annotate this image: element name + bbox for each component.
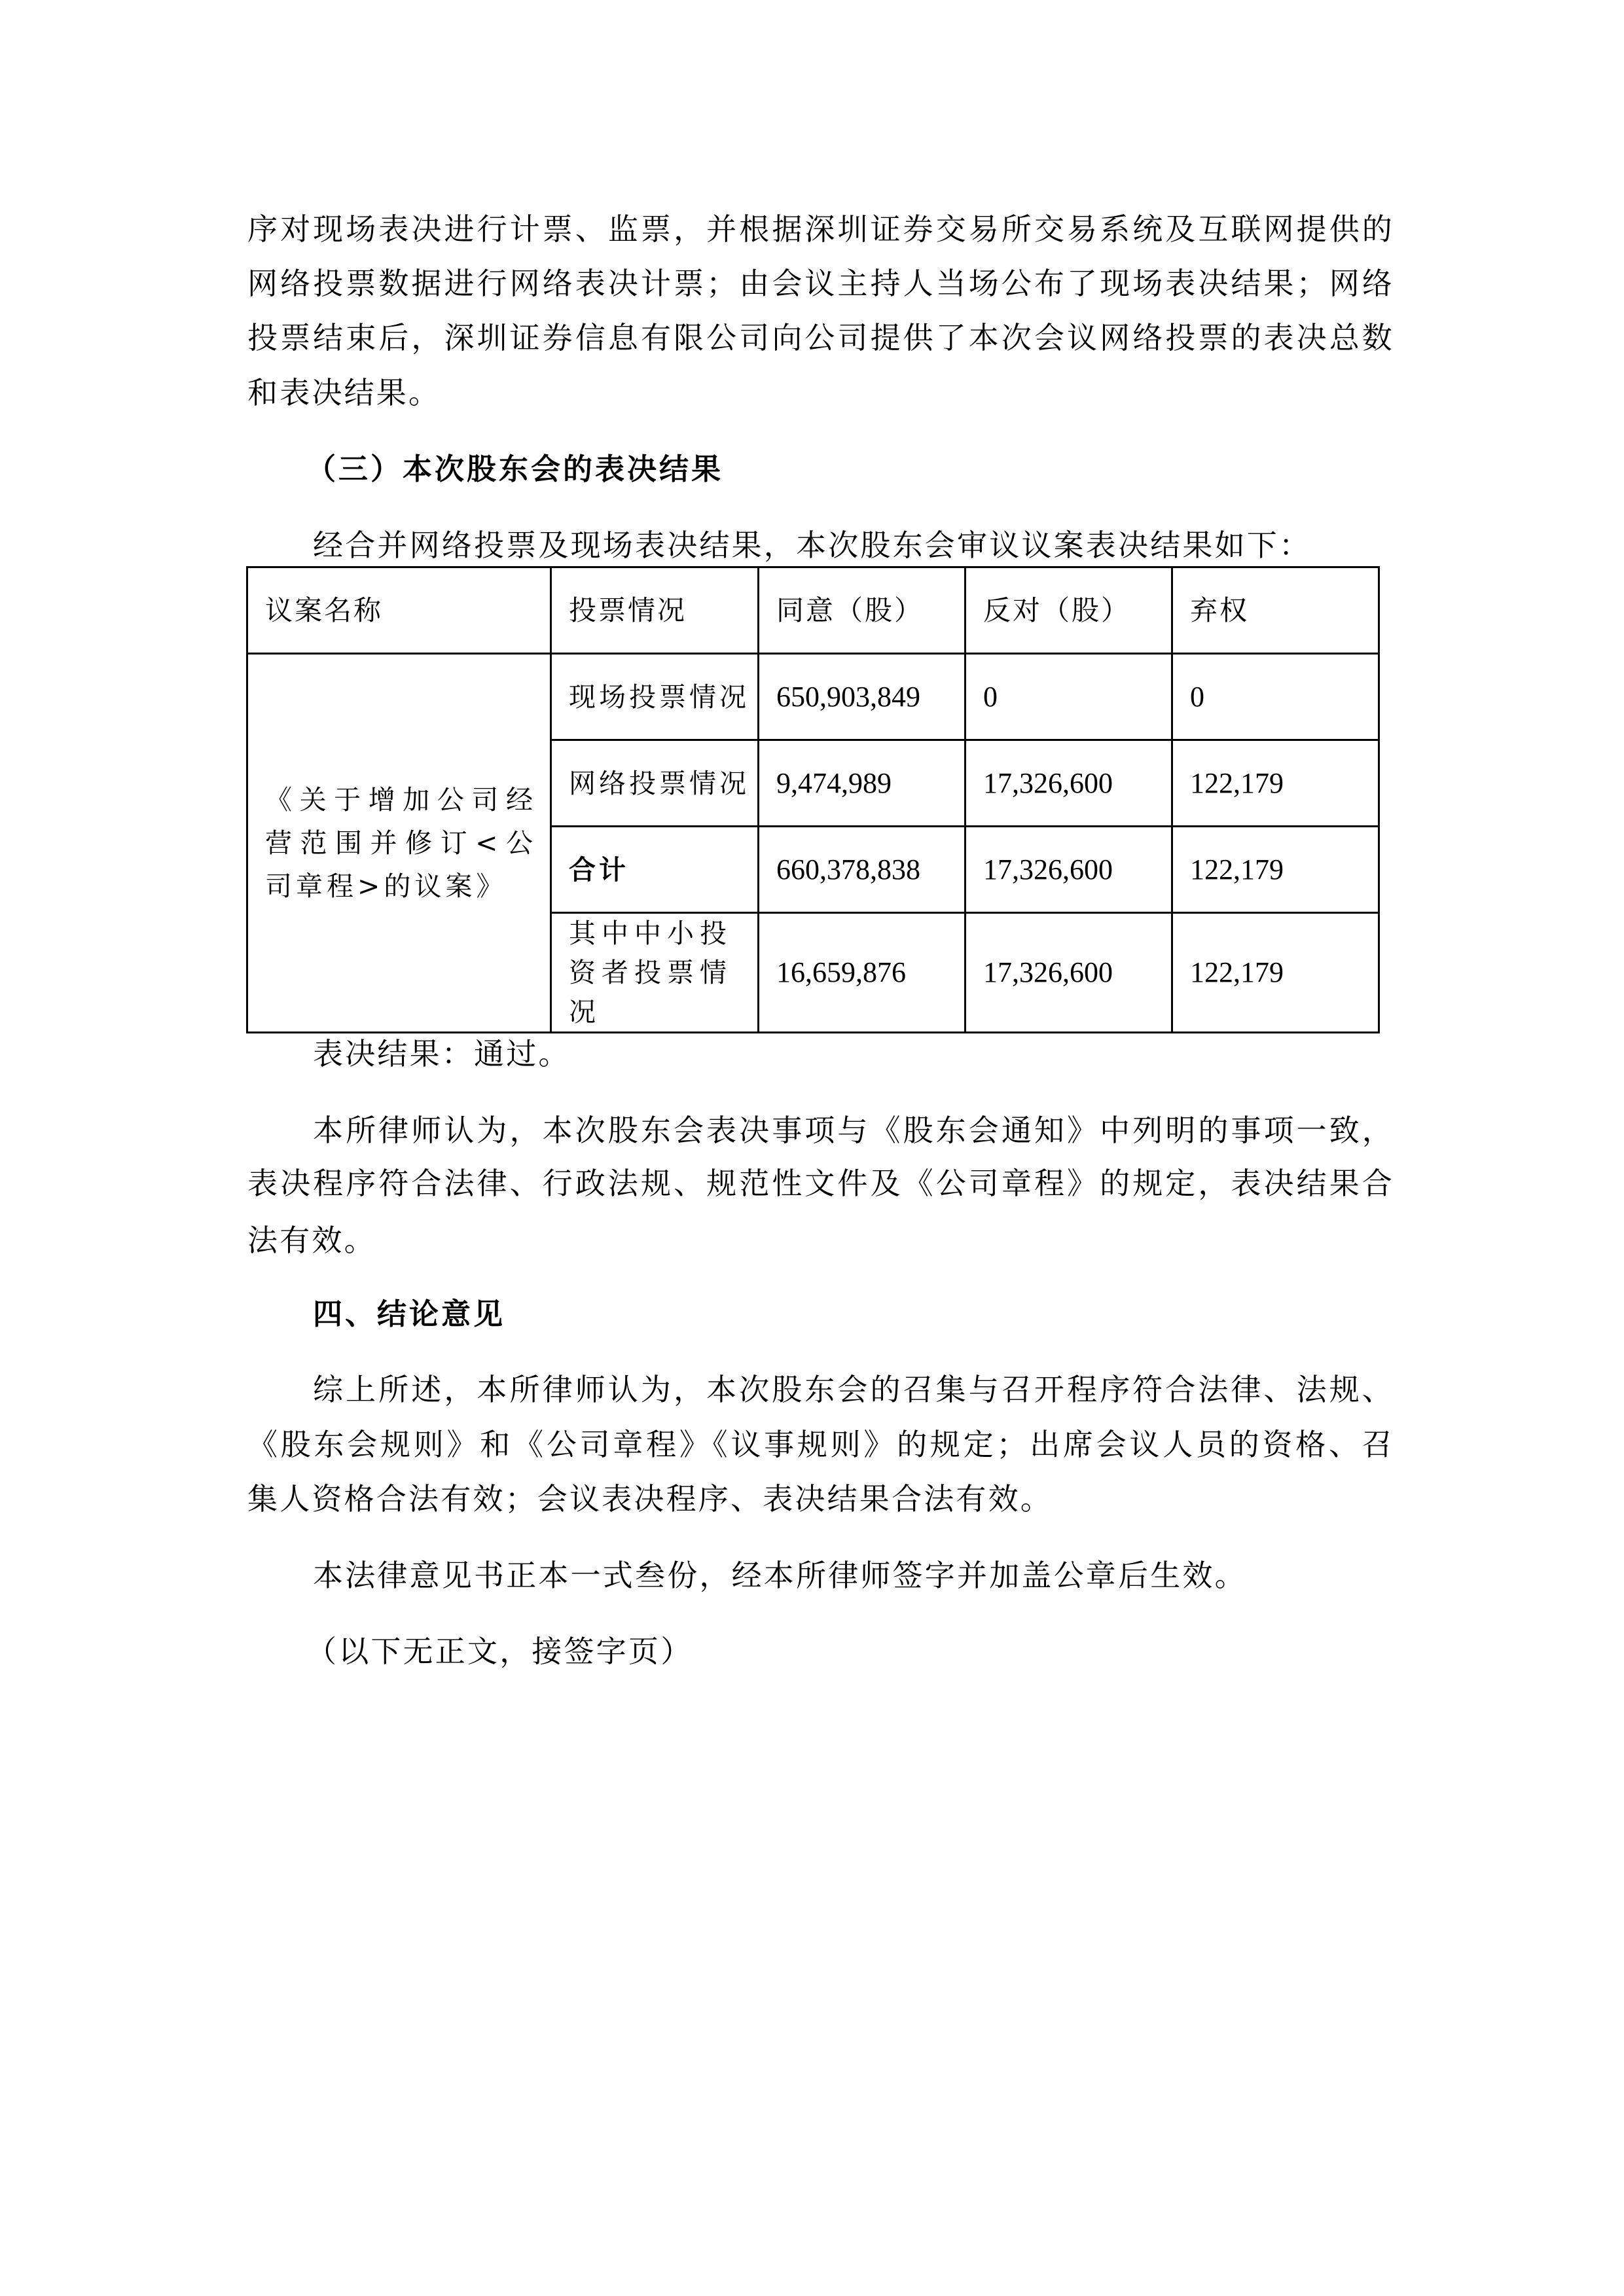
copies-statement: 本法律意见书正本一式叁份，经本所律师签字并加盖公章后生效。	[313, 1548, 1399, 1603]
end-note: （以下无正文，接签字页）	[306, 1624, 1393, 1679]
paragraph-line: 网络投票数据进行网络表决计票；由会议主持人当场公布了现场表决结果；网络	[247, 256, 1394, 311]
header-cell-abstain: 弃权	[1172, 567, 1379, 654]
agree-cell: 650,903,849	[759, 654, 965, 740]
abstain-cell: 0	[1172, 654, 1379, 740]
conclusion-line: 集人资格合法有效；会议表决程序、表决结果合法有效。	[247, 1471, 1399, 1526]
oppose-cell: 17,326,600	[965, 740, 1172, 827]
paragraph-line: 序对现场表决进行计票、监票，并根据深圳证券交易所交易系统及互联网提供的	[247, 202, 1394, 257]
paragraph-line: 投票结束后，深圳证券信息有限公司向公司提供了本次会议网络投票的表决总数	[247, 310, 1394, 365]
vote-type-cell: 现场投票情况	[551, 654, 759, 740]
table-header-row: 议案名称 投票情况 同意（股） 反对（股） 弃权	[247, 567, 1379, 654]
proposal-name-cell: 《关于增加公司经营范围并修订<公司章程>的议案》	[247, 654, 551, 1033]
table-intro: 经合并网络投票及现场表决结果，本次股东会审议议案表决结果如下：	[313, 518, 1399, 573]
header-cell-oppose: 反对（股）	[965, 567, 1172, 654]
conclusion-line: 《股东会规则》和《公司章程》《议事规则》的规定；出席会议人员的资格、召	[247, 1417, 1394, 1472]
abstain-cell: 122,179	[1172, 827, 1379, 913]
agree-cell: 9,474,989	[759, 740, 965, 827]
vote-type-cell-total: 合计	[551, 827, 759, 913]
vote-results-table: 议案名称 投票情况 同意（股） 反对（股） 弃权 《关于增加公司经营范围并修订<…	[246, 566, 1380, 1033]
opinion-line: 本所律师认为，本次股东会表决事项与《股东会通知》中列明的事项一致，	[313, 1103, 1394, 1158]
conclusion-line: 综上所述，本所律师认为，本次股东会的召集与召开程序符合法律、法规、	[313, 1362, 1394, 1417]
oppose-cell: 17,326,600	[965, 913, 1172, 1033]
abstain-cell: 122,179	[1172, 740, 1379, 827]
header-cell-vote-type: 投票情况	[551, 567, 759, 654]
opinion-line: 法有效。	[247, 1213, 1399, 1268]
section-heading: （三）本次股东会的表决结果	[306, 442, 1393, 497]
document-page: 序对现场表决进行计票、监票，并根据深圳证券交易所交易系统及互联网提供的 网络投票…	[0, 0, 1624, 2296]
header-cell-proposal: 议案名称	[247, 567, 551, 654]
paragraph-line: 和表决结果。	[247, 365, 1399, 420]
vote-result: 表决结果：通过。	[313, 1026, 1399, 1081]
header-cell-agree: 同意（股）	[759, 567, 965, 654]
oppose-cell: 17,326,600	[965, 827, 1172, 913]
agree-cell: 16,659,876	[759, 913, 965, 1033]
oppose-cell: 0	[965, 654, 1172, 740]
vote-type-cell: 其中中小投资者投票情况	[551, 913, 759, 1033]
opinion-line: 表决程序符合法律、行政法规、规范性文件及《公司章程》的规定，表决结果合	[247, 1156, 1394, 1211]
agree-cell: 660,378,838	[759, 827, 965, 913]
section-heading: 四、结论意见	[313, 1287, 1399, 1342]
abstain-cell: 122,179	[1172, 913, 1379, 1033]
table-row: 《关于增加公司经营范围并修订<公司章程>的议案》 现场投票情况 650,903,…	[247, 654, 1379, 740]
vote-type-cell: 网络投票情况	[551, 740, 759, 827]
